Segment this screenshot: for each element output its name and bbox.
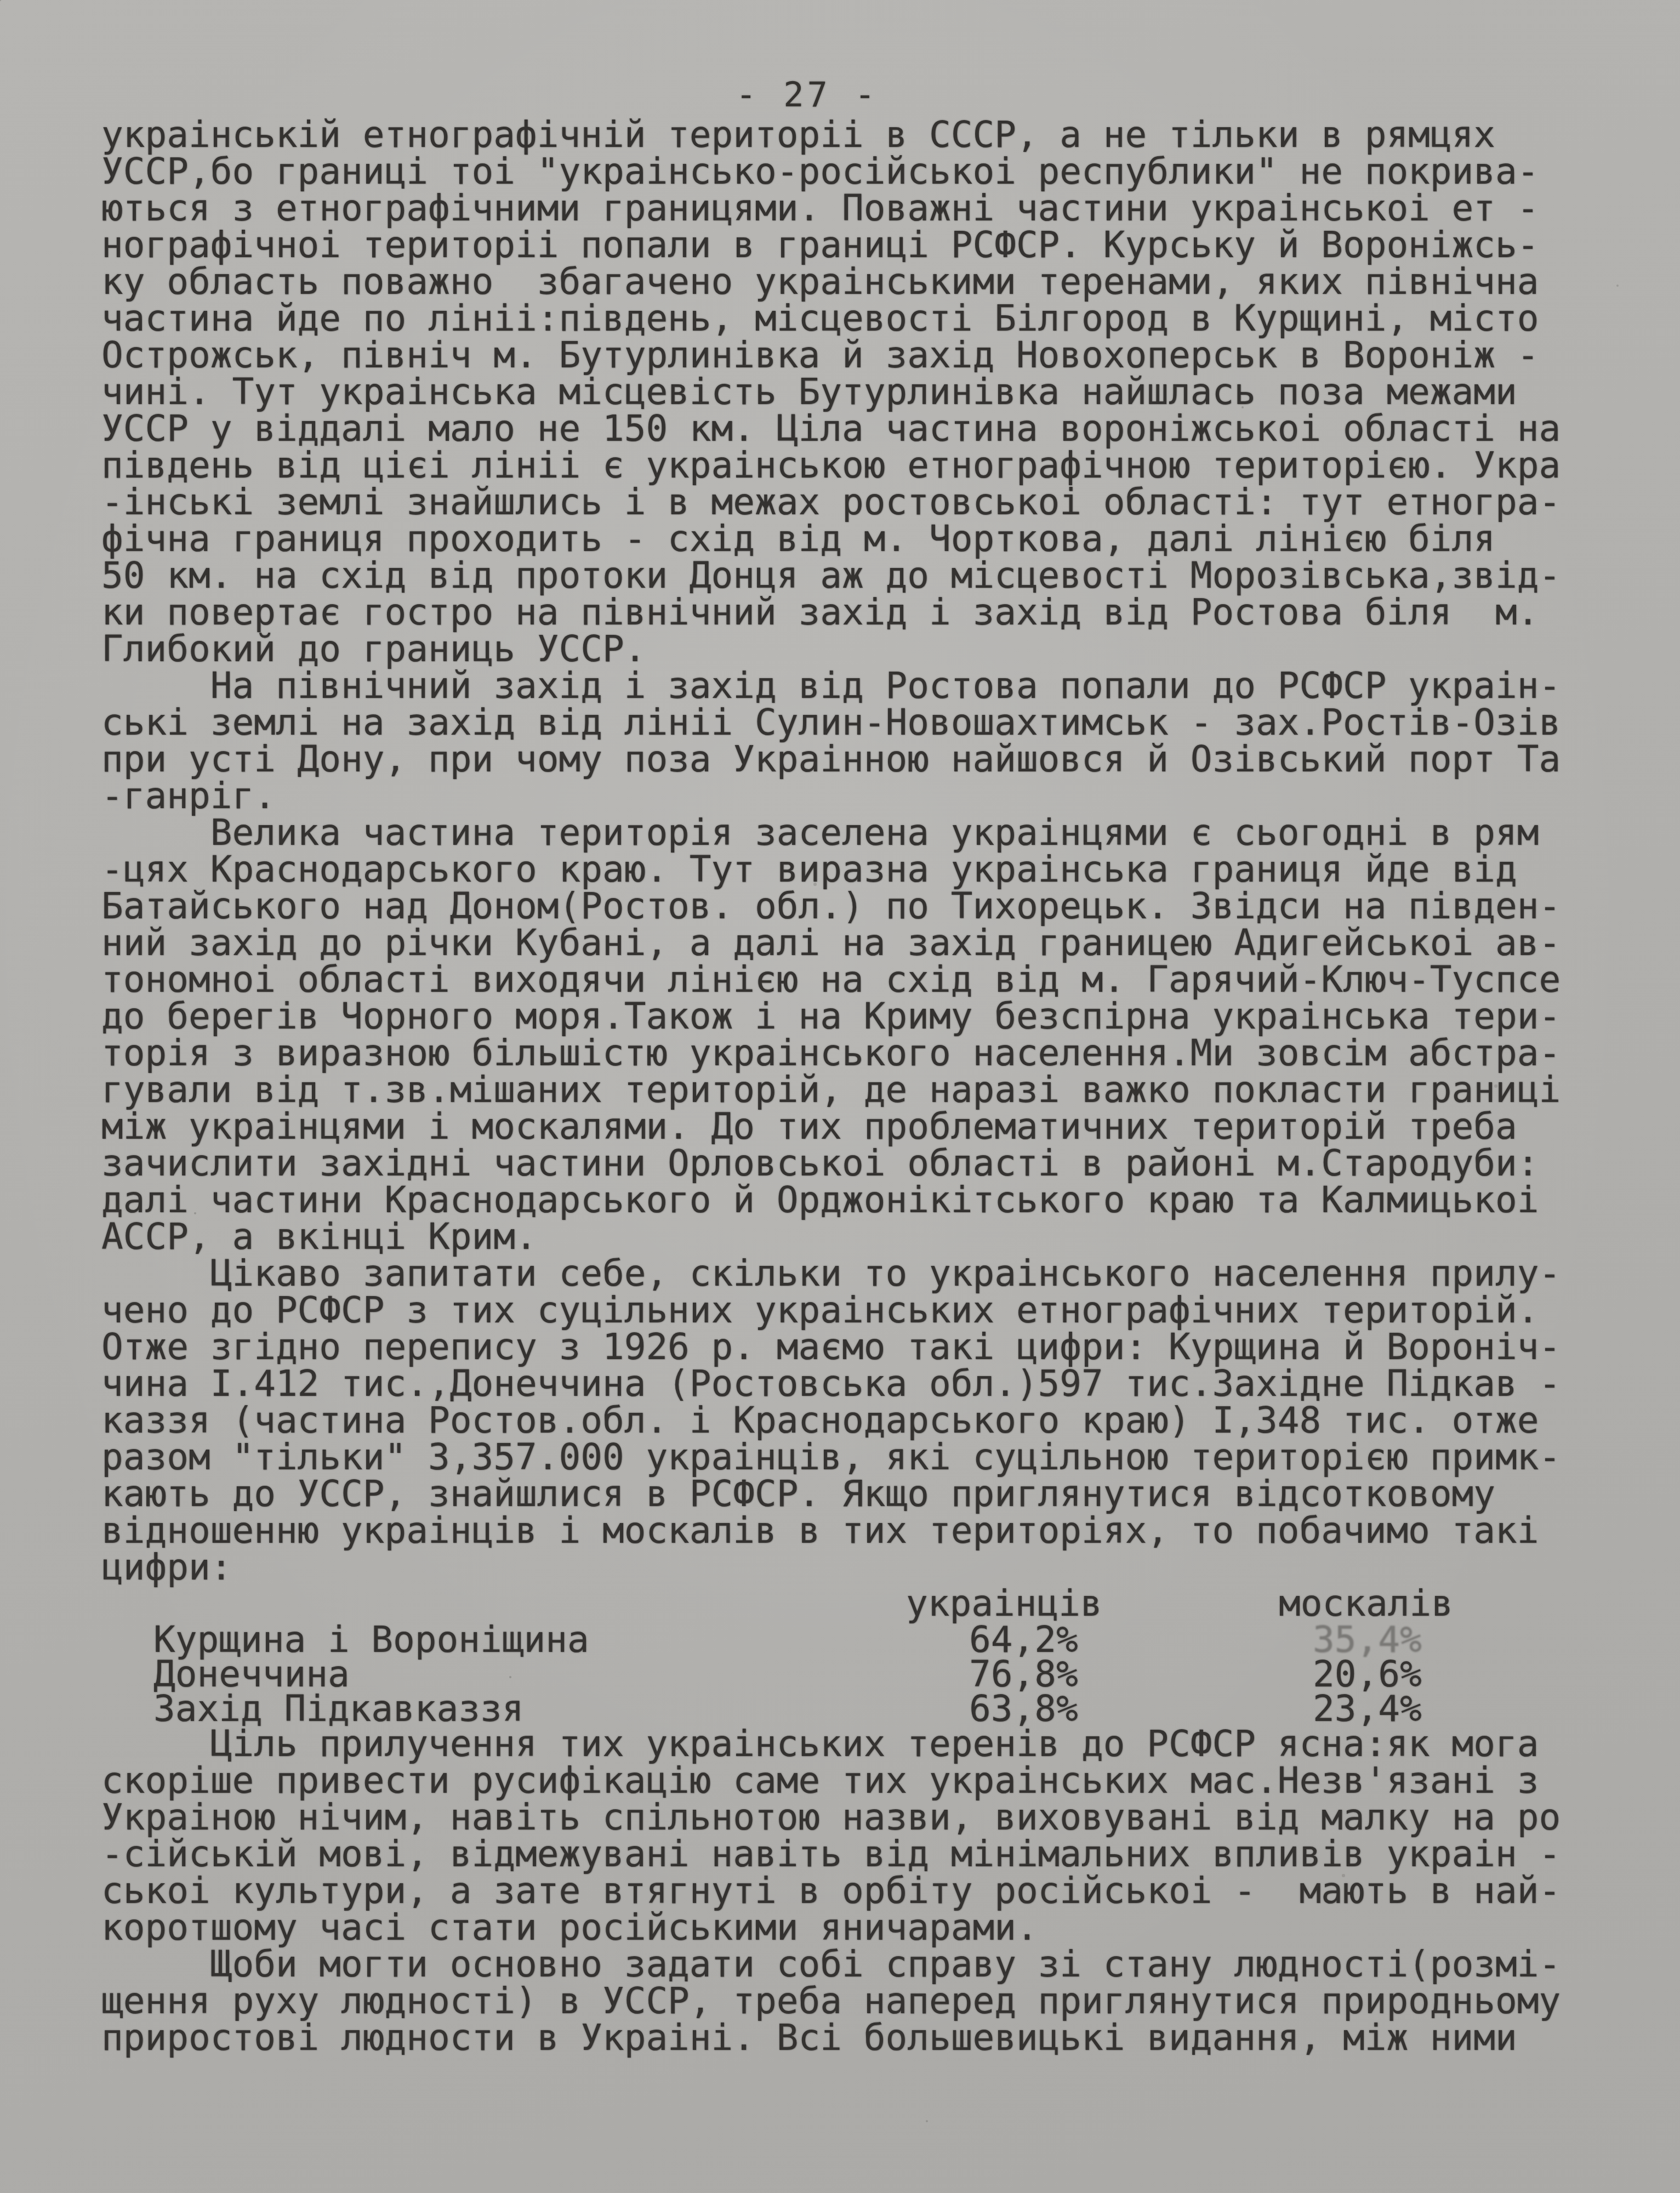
- text-line: Отже згідно перепису з 1926 р. маємо так…: [101, 1328, 1653, 1365]
- page-body: украінській етнографічній територіі в СС…: [101, 116, 1653, 2056]
- scanned-typewritten-page: { "doc": { "page_number": "- 27 -", "ink…: [0, 0, 1680, 2193]
- column-header-moskals: москалів: [1279, 1586, 1453, 1622]
- ukrainians-percentage: 63,8%: [969, 1691, 1078, 1727]
- text-line: чині. Тут украінська місцевість Бутурлин…: [101, 373, 1653, 410]
- text-line: -цях Краснодарського краю. Тут виразна у…: [101, 851, 1653, 888]
- paragraph: Велика частина територія заселена украін…: [101, 814, 1653, 1255]
- page-number: - 27 -: [0, 75, 1647, 115]
- text-line: частина йде по лініі:південь, місцевості…: [101, 300, 1653, 337]
- text-line: Щоби могти основно задати собі справу зі…: [101, 1946, 1653, 1982]
- text-line: Глибокий до границь УССР.: [101, 630, 1653, 667]
- text-line: цифри:: [101, 1549, 1653, 1586]
- text-line: УССР,бо границі тоі "украінсько-російськ…: [101, 153, 1653, 190]
- text-line: скоріше привести русифікацію саме тих ук…: [101, 1762, 1653, 1799]
- text-line: чина І.412 тис.,Донеччина (Ростовська об…: [101, 1365, 1653, 1402]
- percentage-table: украінців москалів Курщина і Вороніщина …: [101, 1586, 1653, 1725]
- text-line: до берегів Чорного моря.Також і на Криму…: [101, 998, 1653, 1035]
- text-line: фічна границя проходить - схід від м. Чо…: [101, 520, 1653, 557]
- text-line: Острожськ, північ м. Бутурлинівка й захі…: [101, 337, 1653, 373]
- text-line: при усті Дону, при чому поза Украінною н…: [101, 741, 1653, 777]
- paper-speckles: [0, 0, 1, 1]
- text-line: між украінцями і москалями. До тих пробл…: [101, 1108, 1653, 1145]
- text-line: Батайського над Доном(Ростов. обл.) по Т…: [101, 888, 1653, 924]
- text-line: ний захід до річки Кубані, а далі на зах…: [101, 924, 1653, 961]
- text-line: Ціль прилучення тих украінських теренів …: [101, 1725, 1653, 1762]
- text-line: гували від т.зв.мішаних територій, де на…: [101, 1071, 1653, 1108]
- text-line: кають до УССР, знайшлися в РСФСР. Якщо п…: [101, 1475, 1653, 1512]
- table-row: Донеччина 76,8% 20,6%: [101, 1656, 1653, 1691]
- moskals-percentage: 23,4%: [1313, 1691, 1422, 1727]
- row-label: Захід Підкавказзя: [153, 1691, 524, 1727]
- text-line: украінській етнографічній територіі в СС…: [101, 116, 1653, 153]
- text-line: УССР у віддалі мало не 150 км. Ціла част…: [101, 410, 1653, 447]
- table-row: Курщина і Вороніщина 64,2% 35,4%: [101, 1622, 1653, 1656]
- text-line: ськоі культури, а зате втягнуті в орбіту…: [101, 1872, 1653, 1909]
- text-line: Цікаво запитати себе, скільки то украінс…: [101, 1255, 1653, 1292]
- text-line: ські землі на захід від лініі Сулин-Ново…: [101, 704, 1653, 741]
- text-line: коротшому часі стати російськими яничара…: [101, 1909, 1653, 1946]
- paragraph: украінській етнографічній територіі в СС…: [101, 116, 1653, 667]
- text-line: 50 км. на схід від протоки Донця аж до м…: [101, 557, 1653, 594]
- text-line: ються з етнографічними границями. Поважн…: [101, 190, 1653, 226]
- text-line: ки повертає гостро на північний захід і …: [101, 594, 1653, 630]
- text-line: далі частини Краснодарського й Орджонікі…: [101, 1181, 1653, 1218]
- text-line: разом "тільки" 3,357.000 украінців, які …: [101, 1439, 1653, 1475]
- text-line: -ганріг.: [101, 777, 1653, 814]
- text-line: На північний захід і захід від Ростова п…: [101, 667, 1653, 704]
- text-line: -інські землі знайшлись і в межах ростов…: [101, 484, 1653, 520]
- text-line: Велика частина територія заселена украін…: [101, 814, 1653, 851]
- text-line: -сійській мові, відмежувані навіть від м…: [101, 1836, 1653, 1872]
- text-line: торія з виразною більшістю украінського …: [101, 1035, 1653, 1071]
- paragraph: Цікаво запитати себе, скільки то украінс…: [101, 1255, 1653, 1586]
- text-line: нографічноі територіі попали в границі Р…: [101, 226, 1653, 263]
- text-line: ку область поважно збагачено украінським…: [101, 263, 1653, 300]
- text-line: чено до РСФСР з тих суцільних украінськи…: [101, 1292, 1653, 1328]
- text-line: зачислити західні частини Орловськоі обл…: [101, 1145, 1653, 1181]
- table-header-row: украінців москалів: [101, 1586, 1653, 1622]
- text-line: приростові людности в Украіні. Всі больш…: [101, 2019, 1653, 2056]
- text-line: тономноі області виходячи лінією на схід…: [101, 961, 1653, 998]
- text-line: каззя (частина Ростов.обл. і Краснодарсь…: [101, 1402, 1653, 1439]
- paragraph: Щоби могти основно задати собі справу зі…: [101, 1946, 1653, 2056]
- paragraph: На північний захід і захід від Ростова п…: [101, 667, 1653, 814]
- column-header-ukrainians: украінців: [906, 1586, 1102, 1622]
- text-line: південь від цієі лініі є украінською етн…: [101, 447, 1653, 484]
- table-row: Захід Підкавказзя 63,8% 23,4%: [101, 1691, 1653, 1725]
- text-line: АССР, а вкінці Крим.: [101, 1218, 1653, 1255]
- text-line: Украіною нічим, навіть спільнотою назви,…: [101, 1799, 1653, 1836]
- text-line: щення руху людності) в УССР, треба напер…: [101, 1982, 1653, 2019]
- paragraph: Ціль прилучення тих украінських теренів …: [101, 1725, 1653, 1946]
- text-line: відношенню украінців і москалів в тих те…: [101, 1512, 1653, 1549]
